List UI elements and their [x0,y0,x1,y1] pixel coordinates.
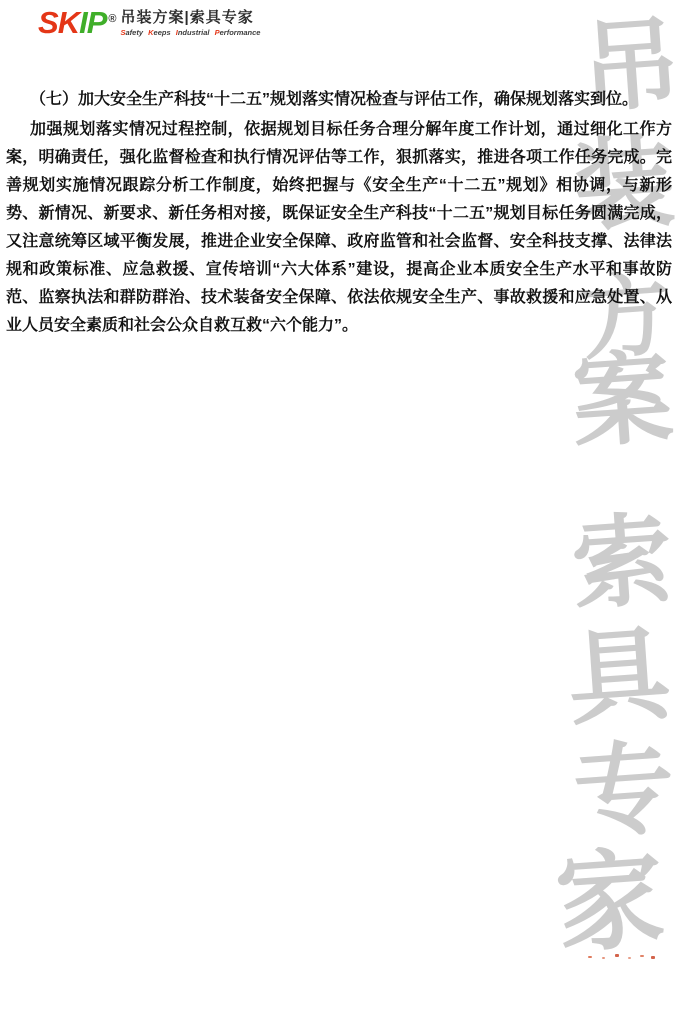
watermark-char: 具 [565,623,674,732]
skip-wordmark: SKIP® [38,6,115,40]
body-paragraph: 加强规划落实情况过程控制，依据规划目标任务合理分解年度工作计划，通过细化工作方案… [6,116,672,340]
logo-taglines: 吊装方案|索具专家 Safety Keeps Industrial Perfor… [121,6,264,37]
skip-logo: SKIP® 吊装方案|索具专家 Safety Keeps Industrial … [38,6,263,40]
red-speck [640,955,644,957]
tagline-word: Industrial [176,28,210,37]
logo-tagline-en: Safety Keeps Industrial Performance [121,28,264,37]
watermark-char: 索 [569,509,676,616]
document-body: （七）加大安全生产科技“十二五”规划落实情况检查与评估工作，确保规划落实到位。 … [6,86,672,340]
red-speck [628,957,631,959]
logo-letter-p: P [87,5,107,40]
watermark-char: 案 [569,347,676,454]
registered-trademark-icon: ® [108,13,116,25]
document-page: SKIP® 吊装方案|索具专家 Safety Keeps Industrial … [0,0,680,1026]
section-heading: （七）加大安全生产科技“十二五”规划落实情况检查与评估工作，确保规划落实到位。 [6,86,672,114]
tagline-word: Performance [215,28,261,37]
watermark-char: 专 [571,737,678,844]
red-speck [615,954,619,957]
red-speck [588,956,592,958]
logo-letter-k: K [58,5,79,40]
watermark-char: 家 [552,844,667,959]
red-speck [602,957,605,959]
logo-tagline-cn: 吊装方案|索具专家 [121,9,264,26]
logo-letter-s: S [38,5,58,40]
logo-letter-i: I [79,5,87,40]
tagline-word: Safety [121,28,144,37]
red-speck [651,956,655,959]
tagline-word: Keeps [148,28,171,37]
